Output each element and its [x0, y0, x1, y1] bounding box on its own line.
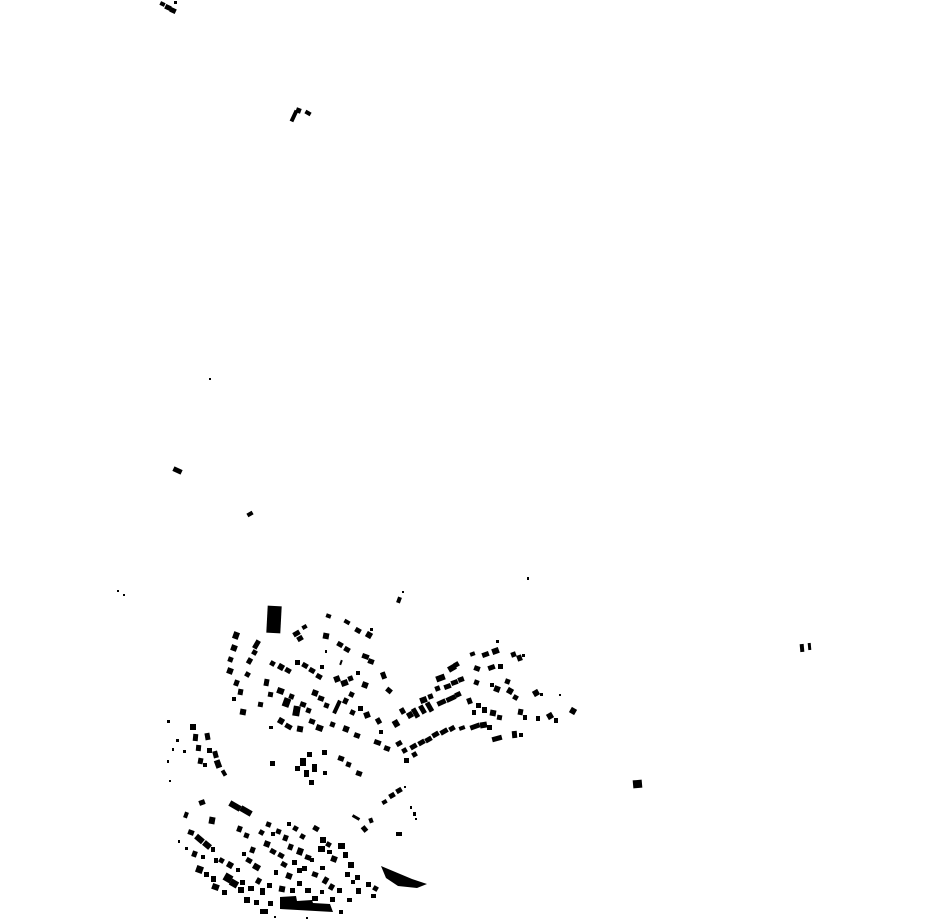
building-footprint — [232, 697, 236, 701]
building-footprint — [388, 792, 396, 799]
building-footprint — [292, 860, 297, 865]
building-footprint — [305, 888, 311, 893]
building-footprint — [546, 712, 554, 720]
building-footprint — [353, 732, 360, 739]
building-footprint — [252, 863, 261, 872]
building-footprint — [383, 745, 390, 752]
building-footprint — [472, 710, 476, 715]
building-footprint — [287, 822, 291, 826]
building-footprint — [401, 747, 408, 754]
building-footprint — [325, 841, 332, 848]
building-footprint — [174, 1, 177, 4]
building-footprint — [476, 703, 481, 708]
building-footprint — [490, 710, 497, 717]
building-footprint — [236, 868, 240, 872]
building-footprint — [395, 740, 403, 747]
building-footprint — [296, 847, 304, 856]
building-footprint — [202, 840, 212, 850]
building-footprint — [536, 716, 540, 721]
building-footprint — [498, 664, 503, 669]
building-footprint — [504, 678, 510, 684]
building-footprint — [431, 731, 440, 739]
building-footprint — [522, 654, 525, 657]
building-footprint — [183, 750, 186, 753]
building-footprint — [361, 825, 369, 833]
building-footprint — [277, 717, 285, 725]
building-footprint — [481, 651, 489, 658]
building-footprint — [329, 721, 335, 727]
building-footprint — [190, 724, 196, 730]
building-footprint — [214, 759, 222, 769]
building-footprint — [169, 780, 171, 782]
building-footprint — [337, 888, 342, 893]
building-footprint — [418, 704, 427, 714]
building-footprint — [244, 897, 250, 903]
building-footprint — [554, 718, 558, 723]
building-footprint — [395, 787, 403, 794]
building-footprint — [270, 761, 275, 766]
building-footprint — [492, 735, 503, 742]
building-footprint — [302, 866, 307, 871]
building-footprint — [340, 679, 349, 687]
building-footprint — [287, 843, 294, 850]
building-footprint — [260, 909, 268, 914]
building-footprint — [370, 628, 373, 631]
building-footprint — [297, 726, 304, 733]
building-footprint — [185, 847, 188, 850]
building-footprint — [252, 639, 261, 649]
building-footprint — [176, 739, 179, 742]
building-footprint — [258, 702, 264, 708]
building-footprint — [267, 883, 272, 888]
building-footprint — [345, 761, 351, 767]
building-footprint — [367, 658, 374, 665]
building-footprint — [323, 702, 329, 708]
building-footprint — [333, 675, 341, 683]
building-footprint — [248, 886, 254, 891]
building-footprint — [434, 685, 440, 691]
building-footprint — [228, 800, 241, 811]
building-footprint — [457, 676, 464, 683]
building-footprint — [404, 786, 406, 788]
building-footprint — [312, 764, 317, 772]
building-footprint — [307, 752, 312, 757]
building-footprint — [436, 698, 446, 706]
building-footprint — [327, 850, 332, 854]
building-footprint — [559, 694, 561, 696]
building-footprint — [356, 671, 360, 675]
building-footprint — [232, 631, 240, 640]
building-footprint — [358, 706, 363, 711]
building-footprint — [212, 750, 219, 758]
building-footprint — [365, 631, 373, 639]
building-footprint — [246, 511, 253, 517]
building-footprint — [310, 858, 314, 862]
building-footprint — [361, 653, 369, 660]
building-footprint — [487, 664, 495, 671]
building-footprint — [194, 834, 205, 844]
building-footprint — [372, 885, 379, 892]
building-footprint — [195, 865, 204, 874]
building-footprint — [226, 861, 234, 869]
building-footprint — [271, 832, 275, 836]
building-footprint — [230, 644, 238, 652]
building-footprint — [339, 660, 343, 665]
building-footprint — [255, 877, 262, 885]
building-footprint — [312, 896, 318, 901]
building-footprint — [254, 900, 259, 905]
building-footprint — [282, 697, 292, 708]
building-footprint — [450, 679, 458, 686]
building-footprint — [211, 847, 215, 852]
building-footprint — [221, 769, 227, 776]
building-footprint — [540, 693, 543, 696]
building-footprint — [371, 894, 376, 898]
building-footprint — [204, 872, 209, 877]
building-footprint — [117, 590, 119, 592]
building-footprint — [277, 663, 285, 671]
building-footprint — [808, 643, 812, 650]
building-footprint — [425, 701, 434, 712]
building-footprint — [419, 696, 428, 704]
building-footprint — [311, 871, 318, 878]
building-footprint — [311, 689, 319, 697]
building-footprint — [363, 711, 371, 719]
building-footprint — [343, 646, 351, 653]
building-footprint — [325, 613, 331, 618]
building-footprint — [240, 880, 245, 885]
building-footprint — [490, 683, 494, 687]
building-footprint — [323, 633, 330, 640]
building-footprint — [491, 647, 500, 655]
building-layer — [0, 0, 930, 924]
building-footprint — [201, 855, 205, 859]
building-footprint — [318, 846, 325, 852]
building-footprint — [469, 722, 480, 730]
building-footprint — [204, 733, 210, 741]
building-footprint — [317, 695, 324, 702]
building-footprint — [238, 689, 244, 696]
building-footprint — [266, 606, 281, 634]
building-footprint — [399, 707, 406, 715]
building-footprint — [123, 594, 125, 596]
building-footprint — [506, 687, 514, 695]
building-footprint — [301, 624, 307, 630]
building-footprint — [284, 667, 292, 674]
building-footprint — [330, 897, 335, 902]
building-footprint — [251, 649, 258, 656]
building-footprint — [569, 707, 577, 715]
building-footprint — [510, 651, 516, 657]
building-footprint — [320, 665, 324, 669]
building-footprint — [244, 671, 251, 678]
building-footprint — [305, 707, 311, 713]
building-footprint — [336, 641, 344, 648]
building-footprint — [633, 780, 643, 789]
building-footprint — [292, 705, 301, 716]
building-footprint — [209, 378, 211, 380]
building-footprint — [218, 857, 225, 864]
building-footprint-map — [0, 0, 930, 924]
building-footprint — [240, 709, 247, 716]
building-footprint — [301, 662, 309, 669]
long-building-south — [280, 896, 333, 912]
building-footprint — [269, 660, 276, 667]
building-footprint — [238, 887, 244, 893]
building-footprint — [306, 917, 308, 919]
building-footprint — [172, 466, 182, 474]
building-footprint — [417, 739, 426, 747]
building-footprint — [355, 770, 362, 777]
building-footprint — [312, 825, 320, 832]
building-footprint — [277, 852, 285, 859]
building-footprint — [249, 846, 256, 853]
building-footprint — [439, 727, 448, 735]
building-footprint — [411, 751, 418, 758]
building-footprint — [473, 679, 479, 685]
building-footprint — [246, 657, 253, 665]
building-footprint — [187, 829, 194, 836]
building-footprint — [328, 883, 335, 891]
building-footprint — [352, 814, 360, 821]
building-footprint — [354, 627, 362, 634]
building-footprint — [304, 770, 309, 777]
building-footprint — [214, 858, 218, 863]
building-footprint — [361, 681, 369, 689]
building-footprint — [343, 852, 348, 858]
building-footprint — [415, 818, 417, 820]
building-footprint — [243, 832, 249, 838]
building-footprint — [512, 694, 519, 701]
building-footprint — [493, 685, 501, 693]
building-footprint — [274, 916, 276, 918]
building-footprint — [356, 888, 361, 894]
building-footprint — [469, 651, 475, 656]
building-footprint — [295, 766, 300, 771]
building-footprint — [245, 857, 253, 864]
building-footprint — [375, 717, 382, 725]
building-footprint — [304, 110, 311, 116]
building-footprint — [424, 736, 433, 744]
building-footprint — [332, 700, 342, 714]
building-footprint — [402, 591, 404, 593]
building-footprint — [519, 733, 523, 737]
building-footprint — [349, 709, 356, 716]
building-footprint — [258, 829, 265, 836]
building-footprint — [339, 910, 343, 914]
building-footprint — [380, 671, 387, 679]
building-footprint — [260, 888, 265, 895]
building-footprint — [445, 694, 456, 703]
building-footprint — [226, 667, 234, 675]
building-footprint — [473, 665, 480, 672]
building-footprint — [207, 748, 212, 753]
building-footprint — [268, 692, 274, 698]
building-footprint — [320, 837, 326, 843]
building-footprint — [320, 866, 325, 870]
building-footprint — [338, 843, 345, 849]
building-footprint — [322, 750, 327, 755]
building-footprint — [392, 719, 401, 728]
building-footprint — [290, 888, 295, 893]
building-footprint — [211, 883, 220, 891]
building-footprint — [385, 687, 393, 695]
wedge-building-southeast — [381, 866, 427, 888]
building-footprint — [295, 660, 300, 665]
building-footprint — [497, 715, 503, 721]
building-footprint — [396, 832, 402, 836]
building-footprint — [320, 890, 324, 894]
building-footprint — [198, 799, 205, 806]
building-footprint — [269, 848, 277, 855]
building-footprint — [297, 868, 302, 873]
building-footprint — [527, 577, 529, 580]
building-footprint — [323, 771, 327, 775]
building-footprint — [458, 725, 465, 731]
building-footprint — [167, 720, 170, 723]
building-footprint — [279, 886, 286, 893]
building-footprint — [167, 760, 169, 763]
building-footprint — [308, 667, 316, 674]
building-footprint — [518, 709, 524, 716]
building-footprint — [203, 763, 207, 767]
building-footprint — [236, 825, 243, 832]
building-footprint — [280, 861, 288, 868]
building-footprint — [800, 644, 805, 652]
building-footprint — [351, 880, 355, 884]
building-footprint — [265, 821, 271, 827]
building-footprint — [355, 875, 360, 880]
building-footprint — [198, 758, 204, 765]
building-footprint — [404, 758, 409, 763]
building-footprint — [263, 679, 269, 687]
building-footprint — [347, 675, 353, 681]
building-footprint — [239, 805, 252, 816]
building-footprint — [227, 656, 233, 662]
building-footprint — [315, 673, 323, 680]
building-footprint — [487, 725, 492, 730]
building-footprint — [396, 596, 402, 603]
building-footprint — [159, 1, 165, 7]
building-footprint — [466, 697, 473, 704]
building-footprint — [348, 691, 355, 698]
building-footprint — [292, 825, 299, 832]
building-footprint — [381, 799, 387, 805]
building-footprint — [532, 689, 540, 697]
building-footprint — [516, 654, 523, 661]
building-footprint — [343, 619, 350, 625]
building-footprint — [496, 640, 499, 643]
building-footprint — [222, 890, 227, 895]
building-footprint — [482, 707, 487, 713]
building-footprint — [512, 731, 518, 738]
building-footprint — [285, 872, 293, 880]
building-footprint — [183, 811, 189, 818]
building-footprint — [191, 850, 198, 857]
building-footprint — [297, 881, 302, 886]
building-footprint — [348, 862, 354, 868]
building-footprint — [413, 812, 416, 816]
building-footprint — [523, 715, 527, 720]
building-footprint — [300, 758, 306, 766]
building-footprint — [342, 725, 350, 733]
building-footprint — [193, 734, 199, 741]
building-footprint — [427, 693, 433, 699]
building-footprint — [208, 817, 215, 825]
building-footprint — [275, 828, 281, 834]
building-footprint — [345, 872, 350, 877]
building-footprint — [172, 748, 174, 751]
building-footprint — [284, 723, 293, 731]
building-footprint — [435, 674, 446, 683]
building-footprint — [410, 806, 412, 809]
building-footprint — [196, 745, 202, 751]
building-footprint — [178, 840, 180, 843]
building-footprint — [330, 855, 338, 863]
building-footprint — [337, 755, 344, 762]
building-footprint — [274, 870, 278, 875]
building-footprint — [366, 882, 371, 887]
building-footprint — [211, 876, 216, 882]
building-footprint — [233, 679, 240, 686]
building-footprint — [368, 817, 373, 823]
building-footprint — [263, 840, 271, 848]
building-footprint — [268, 901, 273, 906]
building-footprint — [409, 743, 418, 751]
building-footprint — [373, 739, 381, 746]
building-footprint — [325, 650, 327, 653]
building-footprint — [342, 697, 349, 705]
building-footprint — [269, 726, 273, 729]
building-footprint — [480, 721, 488, 728]
building-footprint — [315, 724, 324, 732]
building-footprint — [448, 725, 456, 732]
building-footprint — [308, 718, 315, 725]
building-footprint — [282, 834, 289, 841]
building-footprint — [322, 876, 330, 885]
building-footprint — [242, 852, 246, 856]
building-footprint — [296, 635, 304, 642]
building-footprint — [443, 683, 451, 690]
building-footprint — [299, 833, 306, 840]
building-footprint — [276, 687, 285, 695]
building-footprint — [347, 898, 352, 902]
building-footprint — [379, 730, 383, 734]
building-footprint — [309, 780, 314, 785]
